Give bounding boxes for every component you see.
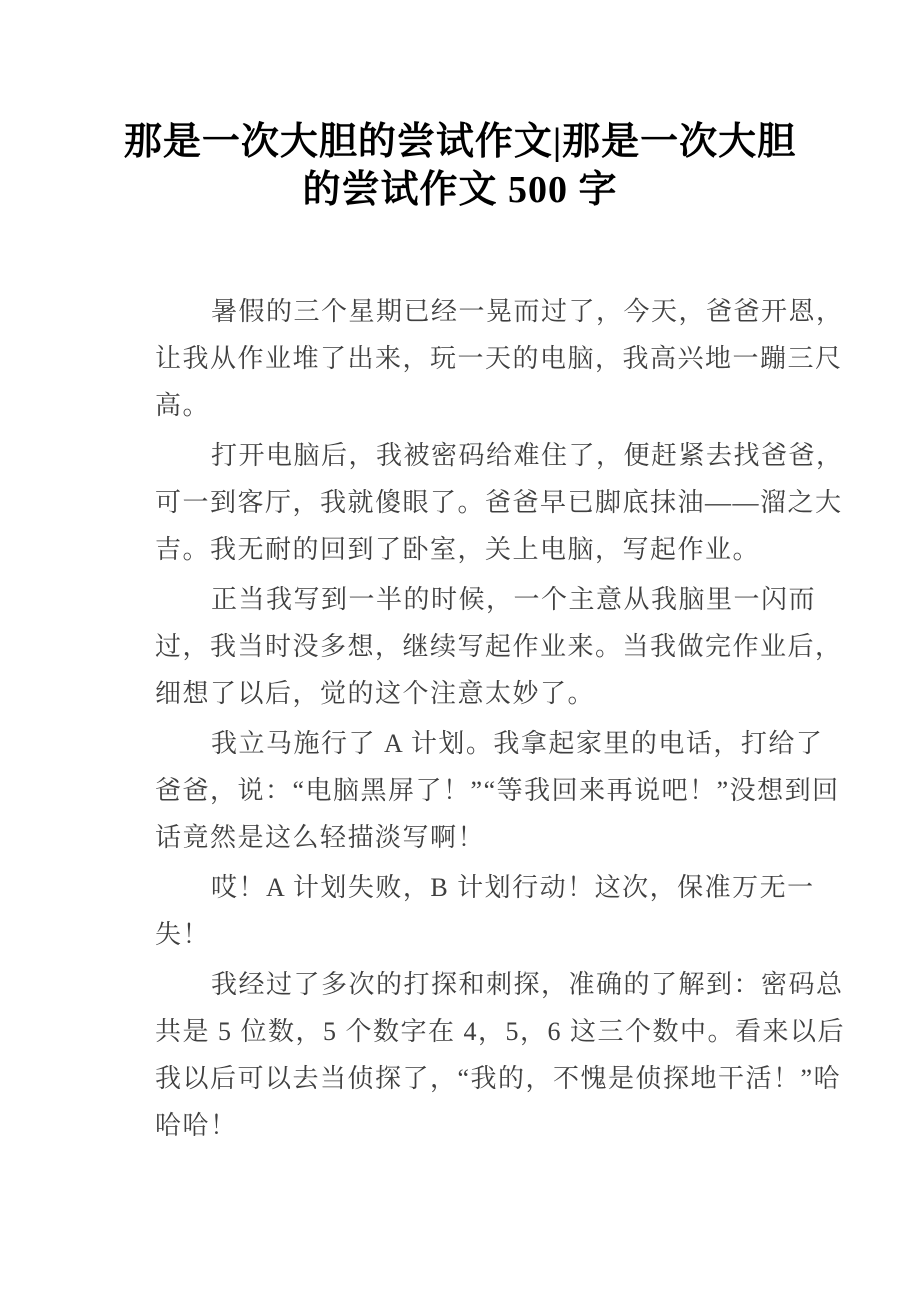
paragraph: 暑假的三个星期已经一晃而过了，今天，爸爸开恩，让我从作业堆了出来，玩一天的电脑，… [155, 288, 848, 429]
paragraph: 我立马施行了 A 计划。我拿起家里的电话，打给了爸爸，说：“电脑黑屏了！”“等我… [155, 720, 848, 861]
title-line-2: 的尝试作文 500 字 [60, 166, 860, 214]
document-page: 那是一次大胆的尝试作文|那是一次大胆 的尝试作文 500 字 暑假的三个星期已经… [0, 0, 920, 1302]
paragraph: 打开电脑后，我被密码给难住了，便赶紧去找爸爸，可一到客厅，我就傻眼了。爸爸早已脚… [155, 432, 848, 573]
paragraph: 我经过了多次的打探和刺探，准确的了解到：密码总共是 5 位数，5 个数字在 4，… [155, 961, 848, 1149]
document-title: 那是一次大胆的尝试作文|那是一次大胆 的尝试作文 500 字 [0, 0, 920, 214]
paragraph: 哎！A 计划失败，B 计划行动！这次，保准万无一失！ [155, 864, 848, 958]
document-body: 暑假的三个星期已经一晃而过了，今天，爸爸开恩，让我从作业堆了出来，玩一天的电脑，… [155, 288, 848, 1149]
paragraph: 正当我写到一半的时候，一个主意从我脑里一闪而过，我当时没多想，继续写起作业来。当… [155, 576, 848, 717]
title-line-1: 那是一次大胆的尝试作文|那是一次大胆 [60, 118, 860, 166]
